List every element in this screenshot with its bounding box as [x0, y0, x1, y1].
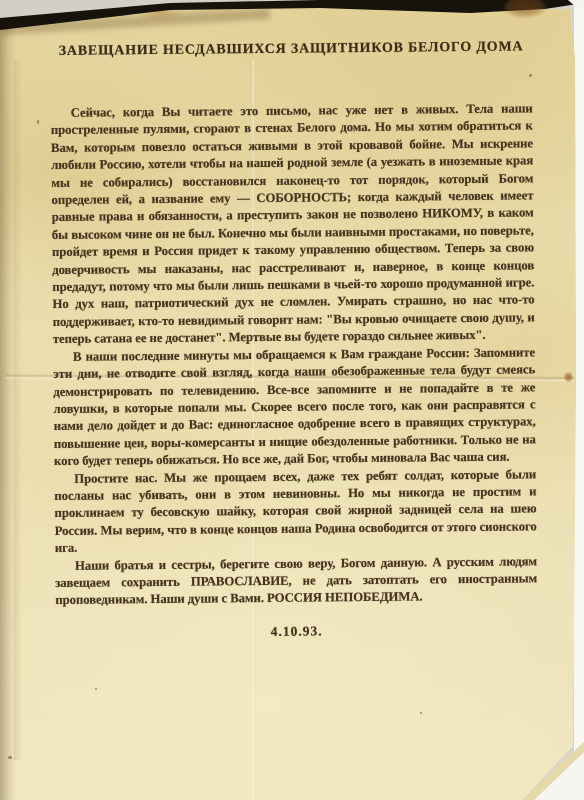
vertical-crease-left: [14, 60, 22, 760]
document-paragraph: Наши братья и сестры, берегите свою веру…: [55, 553, 537, 610]
paper-speck: [95, 688, 97, 690]
document-paragraph: Простите нас. Мы же прощаем всех, даже т…: [54, 466, 537, 558]
stain-right-edge: [564, 372, 573, 382]
scanned-document-photo: ЗАВЕЩАНИЕ НЕСДАВШИХСЯ ЗАЩИТНИКОВ БЕЛОГО …: [0, 0, 584, 800]
document-paragraph: В наши последние минуты мы обращаемся к …: [53, 344, 536, 470]
document-text-block: ЗАВЕЩАНИЕ НЕСДАВШИХСЯ ЗАЩИТНИКОВ БЕЛОГО …: [50, 39, 538, 641]
paper-speck: [8, 756, 12, 759]
document-paragraph: Сейчас, когда Вы читаете это письмо, нас…: [51, 100, 535, 348]
document-title: ЗАВЕЩАНИЕ НЕСДАВШИХСЯ ЗАЩИТНИКОВ БЕЛОГО …: [50, 39, 532, 60]
ink-speck: [37, 120, 39, 124]
paper-speck: [420, 712, 422, 714]
